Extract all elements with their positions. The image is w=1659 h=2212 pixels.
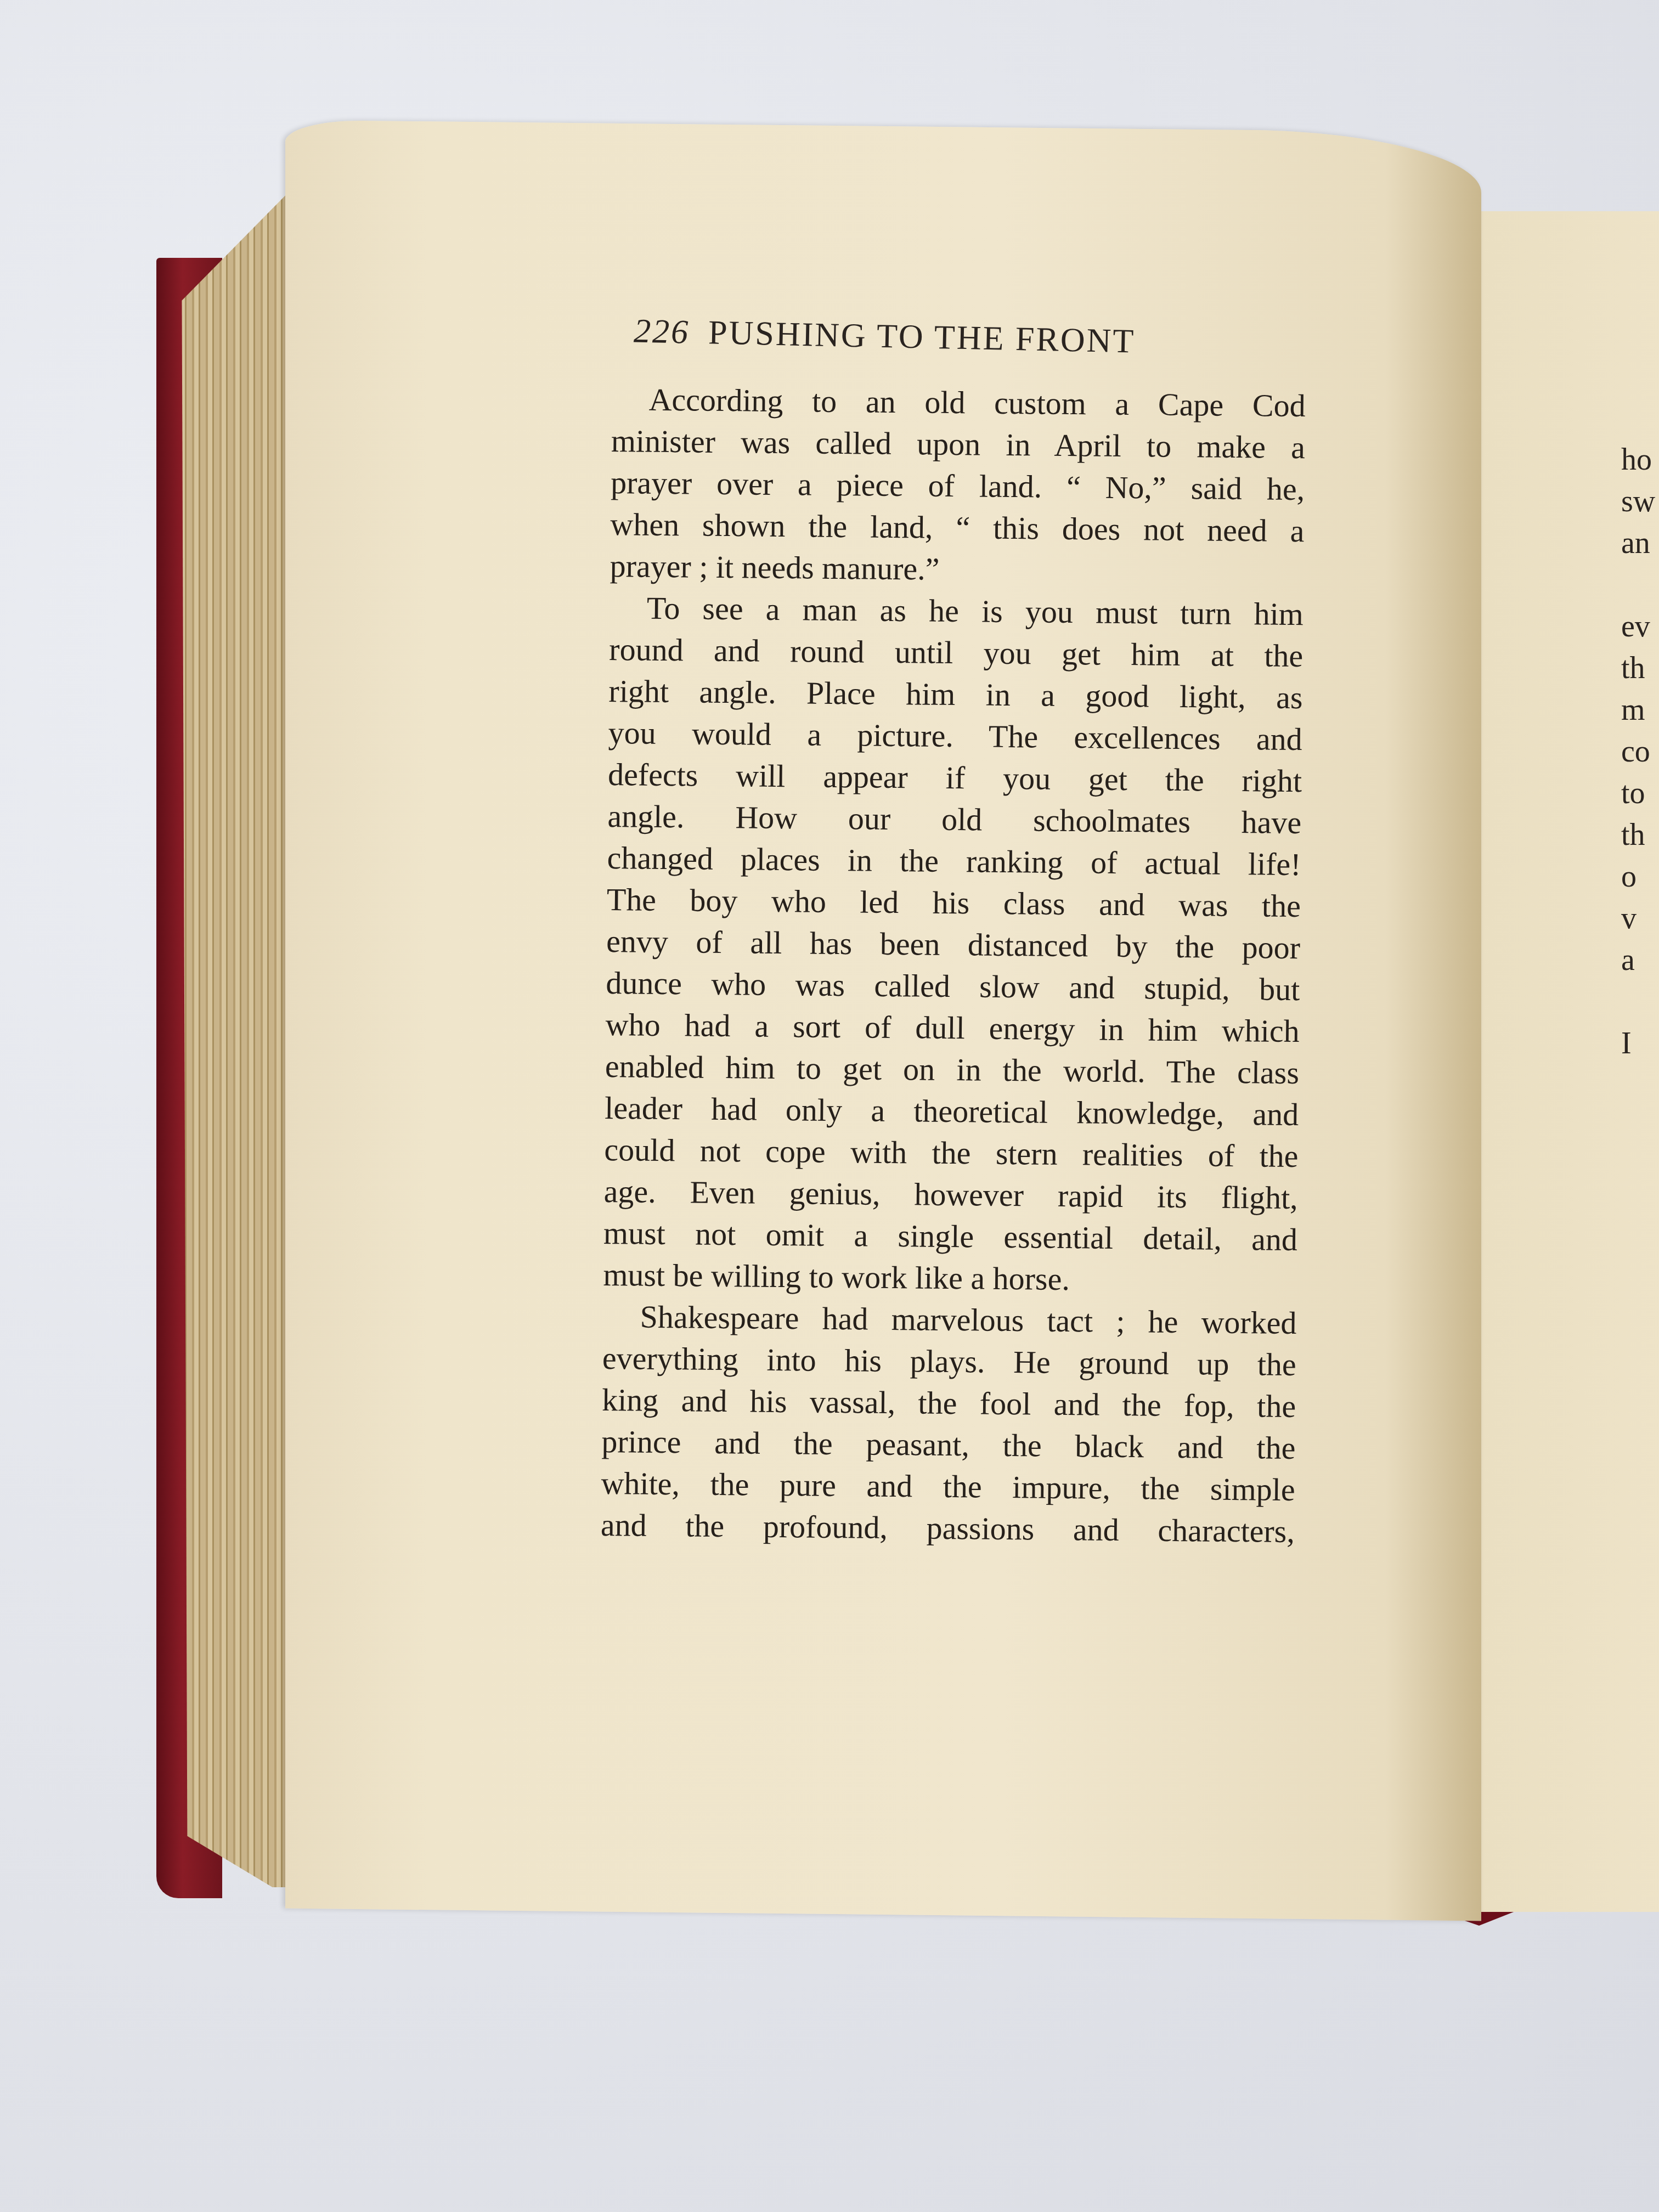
text-line: Shakespeare had marvelous tact ; he work… [602, 1296, 1297, 1344]
text-fragment: a [1621, 939, 1655, 981]
text-line: and the profound, passions and character… [601, 1504, 1295, 1553]
text-fragment: an [1621, 522, 1655, 564]
text-line: must not omit a single essential detail,… [603, 1212, 1298, 1261]
text-fragment: ho [1621, 439, 1655, 481]
text-line: round and round until you get him at the [609, 629, 1304, 677]
text-line: enabled him to get on in the world. The … [605, 1046, 1300, 1094]
text-line: leader had only a theoretical knowledge,… [605, 1087, 1299, 1136]
text-fragment: ev [1621, 606, 1655, 647]
text-line: who had a sort of dull energy in him whi… [605, 1004, 1300, 1052]
text-line: minister was called upon in April to mak… [611, 420, 1306, 469]
text-line: king and his vassal, the fool and the fo… [602, 1379, 1296, 1427]
text-line: could not cope with the stern realities … [604, 1129, 1299, 1177]
text-line: white, the pure and the impure, the simp… [601, 1463, 1295, 1511]
right-page-text-fragments: ho sw an ev th m co to th o v a I [1621, 439, 1655, 1064]
text-line: angle. How our old schoolmates have [607, 795, 1302, 844]
text-line: prayer over a piece of land. “ No,” said… [611, 462, 1305, 510]
text-line: age. Even genius, however rapid its flig… [603, 1171, 1298, 1219]
text-line: must be willing to work like a horse. [603, 1254, 1297, 1302]
text-fragment [1621, 564, 1655, 606]
text-line: The boy who led his class and was the [607, 879, 1301, 927]
book-title-header: PUSHING TO THE FRONT [708, 314, 1136, 360]
text-fragment: sw [1621, 481, 1655, 522]
text-line: To see a man as he is you must turn him [610, 587, 1304, 635]
text-line: According to an old custom a Cape Cod [611, 379, 1306, 427]
page-body-text: According to an old custom a Cape Cod mi… [601, 379, 1306, 1553]
text-line: you would a picture. The excellences and [608, 712, 1302, 760]
text-line: prayer ; it needs manure.” [610, 545, 1304, 594]
text-fragment: th [1621, 647, 1655, 689]
text-line: when shown the land, “ this does not nee… [610, 504, 1305, 552]
text-fragment: to [1621, 772, 1655, 814]
text-fragment: th [1621, 814, 1655, 856]
text-fragment: m [1621, 689, 1655, 731]
text-fragment: o [1621, 856, 1655, 898]
text-fragment [1621, 981, 1655, 1023]
text-fragment: I [1621, 1023, 1655, 1064]
text-line: changed places in the ranking of actual … [607, 837, 1301, 885]
text-line: defects will appear if you get the right [608, 754, 1302, 802]
text-line: prince and the peasant, the black and th… [601, 1421, 1296, 1469]
page-number: 226 [633, 312, 690, 351]
text-fragment: co [1621, 731, 1655, 772]
text-fragment: v [1621, 898, 1655, 939]
text-line: everything into his plays. He ground up … [602, 1338, 1296, 1386]
text-line: right angle. Place him in a good light, … [608, 670, 1303, 719]
text-line: dunce who was called slow and stupid, bu… [606, 962, 1300, 1011]
text-line: envy of all has been distanced by the po… [606, 921, 1301, 969]
